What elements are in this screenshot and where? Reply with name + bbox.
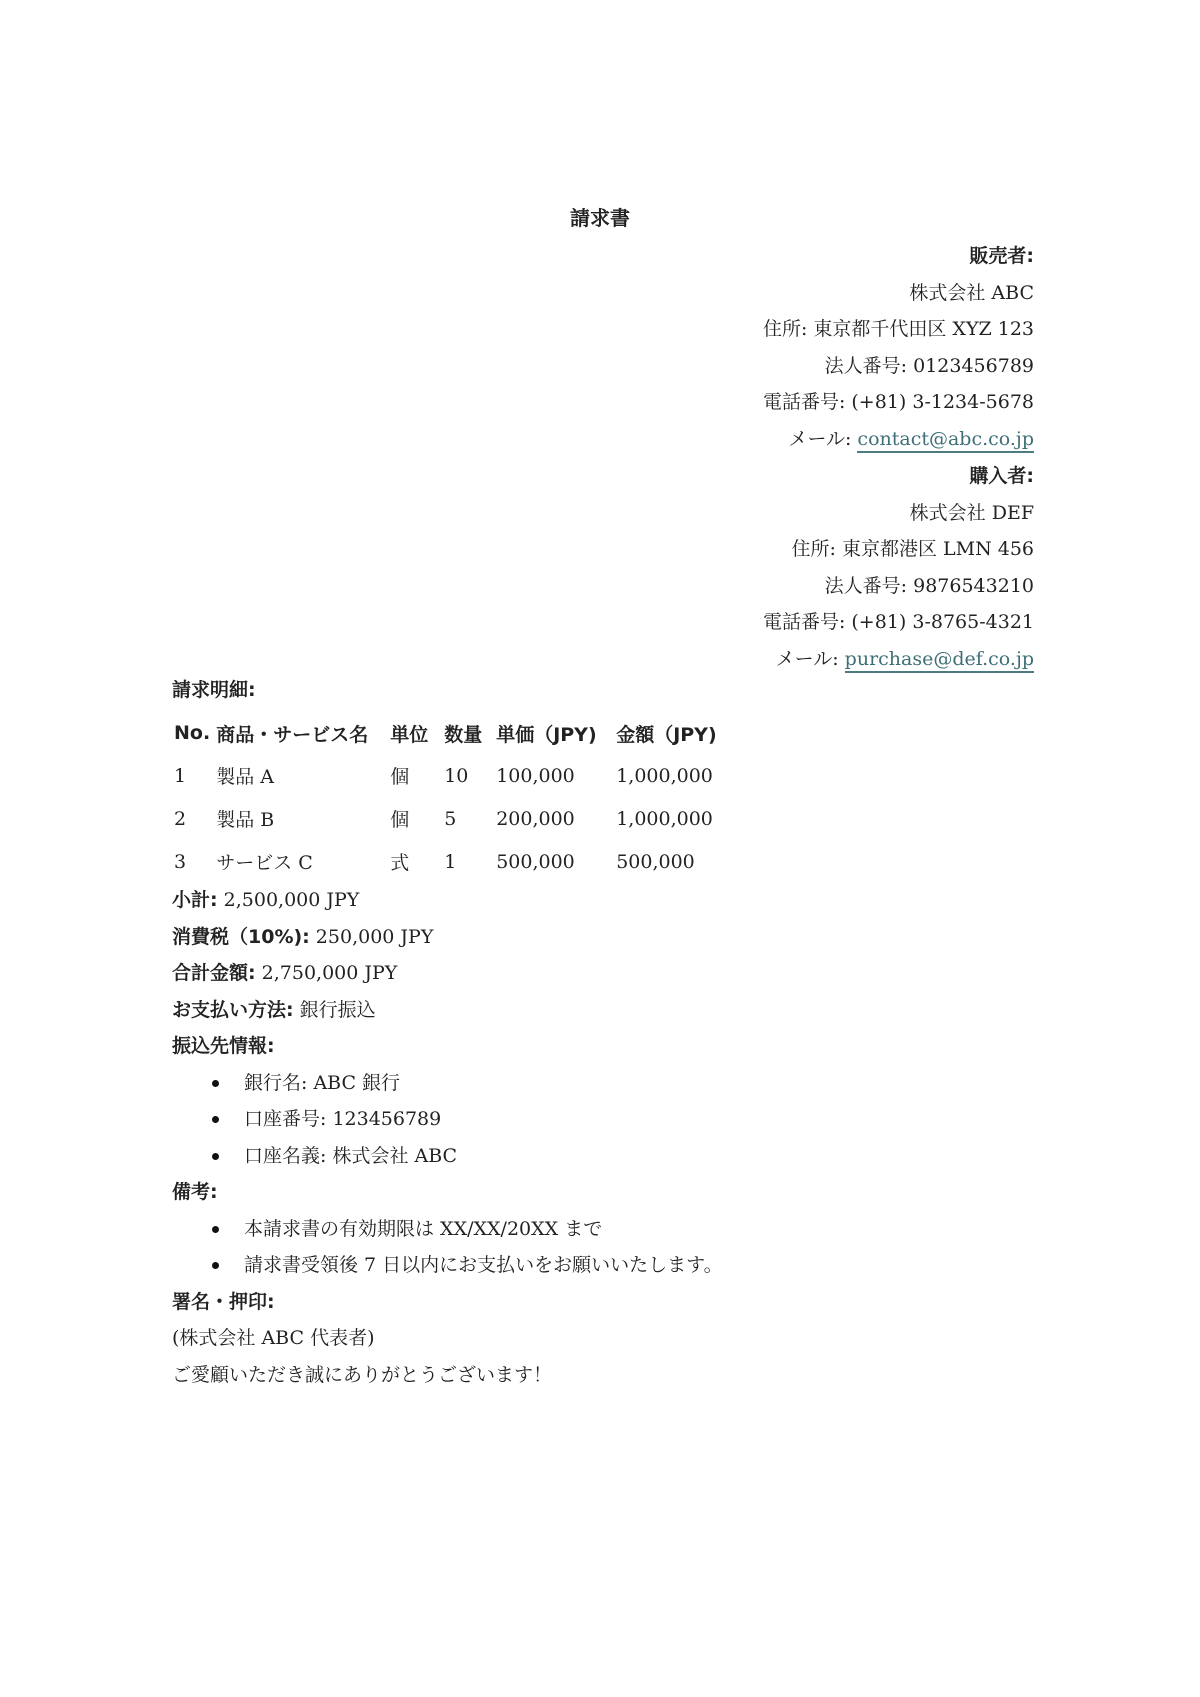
- total-value: 2,750,000 JPY: [256, 962, 398, 984]
- col-header-no: No.: [174, 712, 216, 754]
- note-validity: 本請求書の有効期限は XX/XX/20XX まで: [244, 1218, 602, 1240]
- tax-row: 消費税（10%): 250,000 JPY: [172, 919, 723, 956]
- bank-info-list: 銀行名: ABC 銀行 口座番号: 123456789 口座名義: 株式会社 A…: [172, 1065, 723, 1175]
- signature-heading: 署名・押印:: [172, 1284, 723, 1321]
- cell-item: 製品 A: [216, 754, 390, 797]
- list-item: 銀行名: ABC 銀行: [172, 1065, 723, 1102]
- col-header-amount: 金額（JPY): [616, 712, 732, 754]
- list-item: 本請求書の有効期限は XX/XX/20XX まで: [172, 1211, 723, 1248]
- cell-unit: 個: [390, 797, 444, 840]
- payment-method-row: お支払い方法: 銀行振込: [172, 992, 723, 1029]
- seller-email-link[interactable]: contact@abc.co.jp: [857, 428, 1034, 453]
- bullet-icon: [212, 1262, 219, 1269]
- buyer-email-row: メール: purchase@def.co.jp: [763, 641, 1034, 678]
- note-payment-terms: 請求書受領後 7 日以内にお支払いをお願いいたします。: [244, 1254, 723, 1276]
- payment-method-value: 銀行振込: [294, 999, 376, 1021]
- account-holder: 口座名義: 株式会社 ABC: [244, 1145, 457, 1167]
- cell-amount: 1,000,000: [616, 754, 732, 797]
- seller-heading: 販売者:: [763, 238, 1034, 275]
- cell-unit-price: 200,000: [496, 797, 616, 840]
- cell-qty: 10: [444, 754, 496, 797]
- col-header-unit-price: 単価（JPY): [496, 712, 616, 754]
- buyer-email-link[interactable]: purchase@def.co.jp: [845, 648, 1034, 673]
- buyer-heading: 購入者:: [763, 458, 1034, 495]
- seller-phone: 電話番号: (+81) 3-1234-5678: [763, 384, 1034, 421]
- total-row: 合計金額: 2,750,000 JPY: [172, 955, 723, 992]
- notes-list: 本請求書の有効期限は XX/XX/20XX まで 請求書受領後 7 日以内にお支…: [172, 1211, 723, 1284]
- account-number: 口座番号: 123456789: [244, 1108, 441, 1130]
- bullet-icon: [212, 1080, 219, 1087]
- signer: (株式会社 ABC 代表者): [172, 1320, 723, 1357]
- cell-unit: 式: [390, 840, 444, 883]
- bullet-icon: [212, 1116, 219, 1123]
- col-header-qty: 数量: [444, 712, 496, 754]
- subtotal-row: 小計: 2,500,000 JPY: [172, 882, 723, 919]
- cell-unit-price: 500,000: [496, 840, 616, 883]
- list-item: 口座番号: 123456789: [172, 1101, 723, 1138]
- col-header-unit: 単位: [390, 712, 444, 754]
- list-item: 口座名義: 株式会社 ABC: [172, 1138, 723, 1175]
- bank-info-heading: 振込先情報:: [172, 1028, 723, 1065]
- total-label: 合計金額:: [172, 962, 256, 984]
- summary-section: 小計: 2,500,000 JPY 消費税（10%): 250,000 JPY …: [172, 882, 723, 1393]
- buyer-company: 株式会社 DEF: [763, 495, 1034, 532]
- seller-company: 株式会社 ABC: [763, 275, 1034, 312]
- table-row: 3 サービス C 式 1 500,000 500,000: [174, 840, 732, 883]
- seller-email-label: メール:: [788, 428, 857, 450]
- table-header-row: No. 商品・サービス名 単位 数量 単価（JPY) 金額（JPY): [174, 712, 732, 754]
- cell-qty: 5: [444, 797, 496, 840]
- list-item: 請求書受領後 7 日以内にお支払いをお願いいたします。: [172, 1247, 723, 1284]
- cell-item: 製品 B: [216, 797, 390, 840]
- seller-address: 住所: 東京都千代田区 XYZ 123: [763, 311, 1034, 348]
- subtotal-value: 2,500,000 JPY: [218, 889, 360, 911]
- notes-heading: 備考:: [172, 1174, 723, 1211]
- cell-no: 2: [174, 797, 216, 840]
- cell-no: 3: [174, 840, 216, 883]
- closing-message: ご愛顧いただき誠にありがとうございます！: [172, 1357, 723, 1394]
- col-header-item: 商品・サービス名: [216, 712, 390, 754]
- buyer-block: 購入者: 株式会社 DEF 住所: 東京都港区 LMN 456 法人番号: 98…: [763, 458, 1034, 677]
- tax-label: 消費税（10%):: [172, 926, 310, 948]
- seller-email-row: メール: contact@abc.co.jp: [763, 421, 1034, 458]
- table-row: 1 製品 A 個 10 100,000 1,000,000: [174, 754, 732, 797]
- tax-value: 250,000 JPY: [310, 926, 434, 948]
- cell-item: サービス C: [216, 840, 390, 883]
- buyer-phone: 電話番号: (+81) 3-8765-4321: [763, 604, 1034, 641]
- cell-amount: 500,000: [616, 840, 732, 883]
- cell-amount: 1,000,000: [616, 797, 732, 840]
- buyer-corporate-number: 法人番号: 9876543210: [763, 568, 1034, 605]
- document-title: 請求書: [0, 202, 1200, 231]
- bullet-icon: [212, 1226, 219, 1233]
- cell-unit-price: 100,000: [496, 754, 616, 797]
- cell-no: 1: [174, 754, 216, 797]
- payment-method-label: お支払い方法:: [172, 999, 294, 1021]
- table-row: 2 製品 B 個 5 200,000 1,000,000: [174, 797, 732, 840]
- details-heading: 請求明細:: [172, 675, 256, 702]
- seller-corporate-number: 法人番号: 0123456789: [763, 348, 1034, 385]
- line-items-table: No. 商品・サービス名 単位 数量 単価（JPY) 金額（JPY) 1 製品 …: [174, 712, 732, 883]
- buyer-address: 住所: 東京都港区 LMN 456: [763, 531, 1034, 568]
- invoice-page: 請求書 販売者: 株式会社 ABC 住所: 東京都千代田区 XYZ 123 法人…: [0, 0, 1200, 1697]
- buyer-email-label: メール:: [776, 648, 845, 670]
- bank-name: 銀行名: ABC 銀行: [244, 1072, 400, 1094]
- seller-block: 販売者: 株式会社 ABC 住所: 東京都千代田区 XYZ 123 法人番号: …: [763, 238, 1034, 457]
- bullet-icon: [212, 1153, 219, 1160]
- subtotal-label: 小計:: [172, 889, 218, 911]
- cell-unit: 個: [390, 754, 444, 797]
- cell-qty: 1: [444, 840, 496, 883]
